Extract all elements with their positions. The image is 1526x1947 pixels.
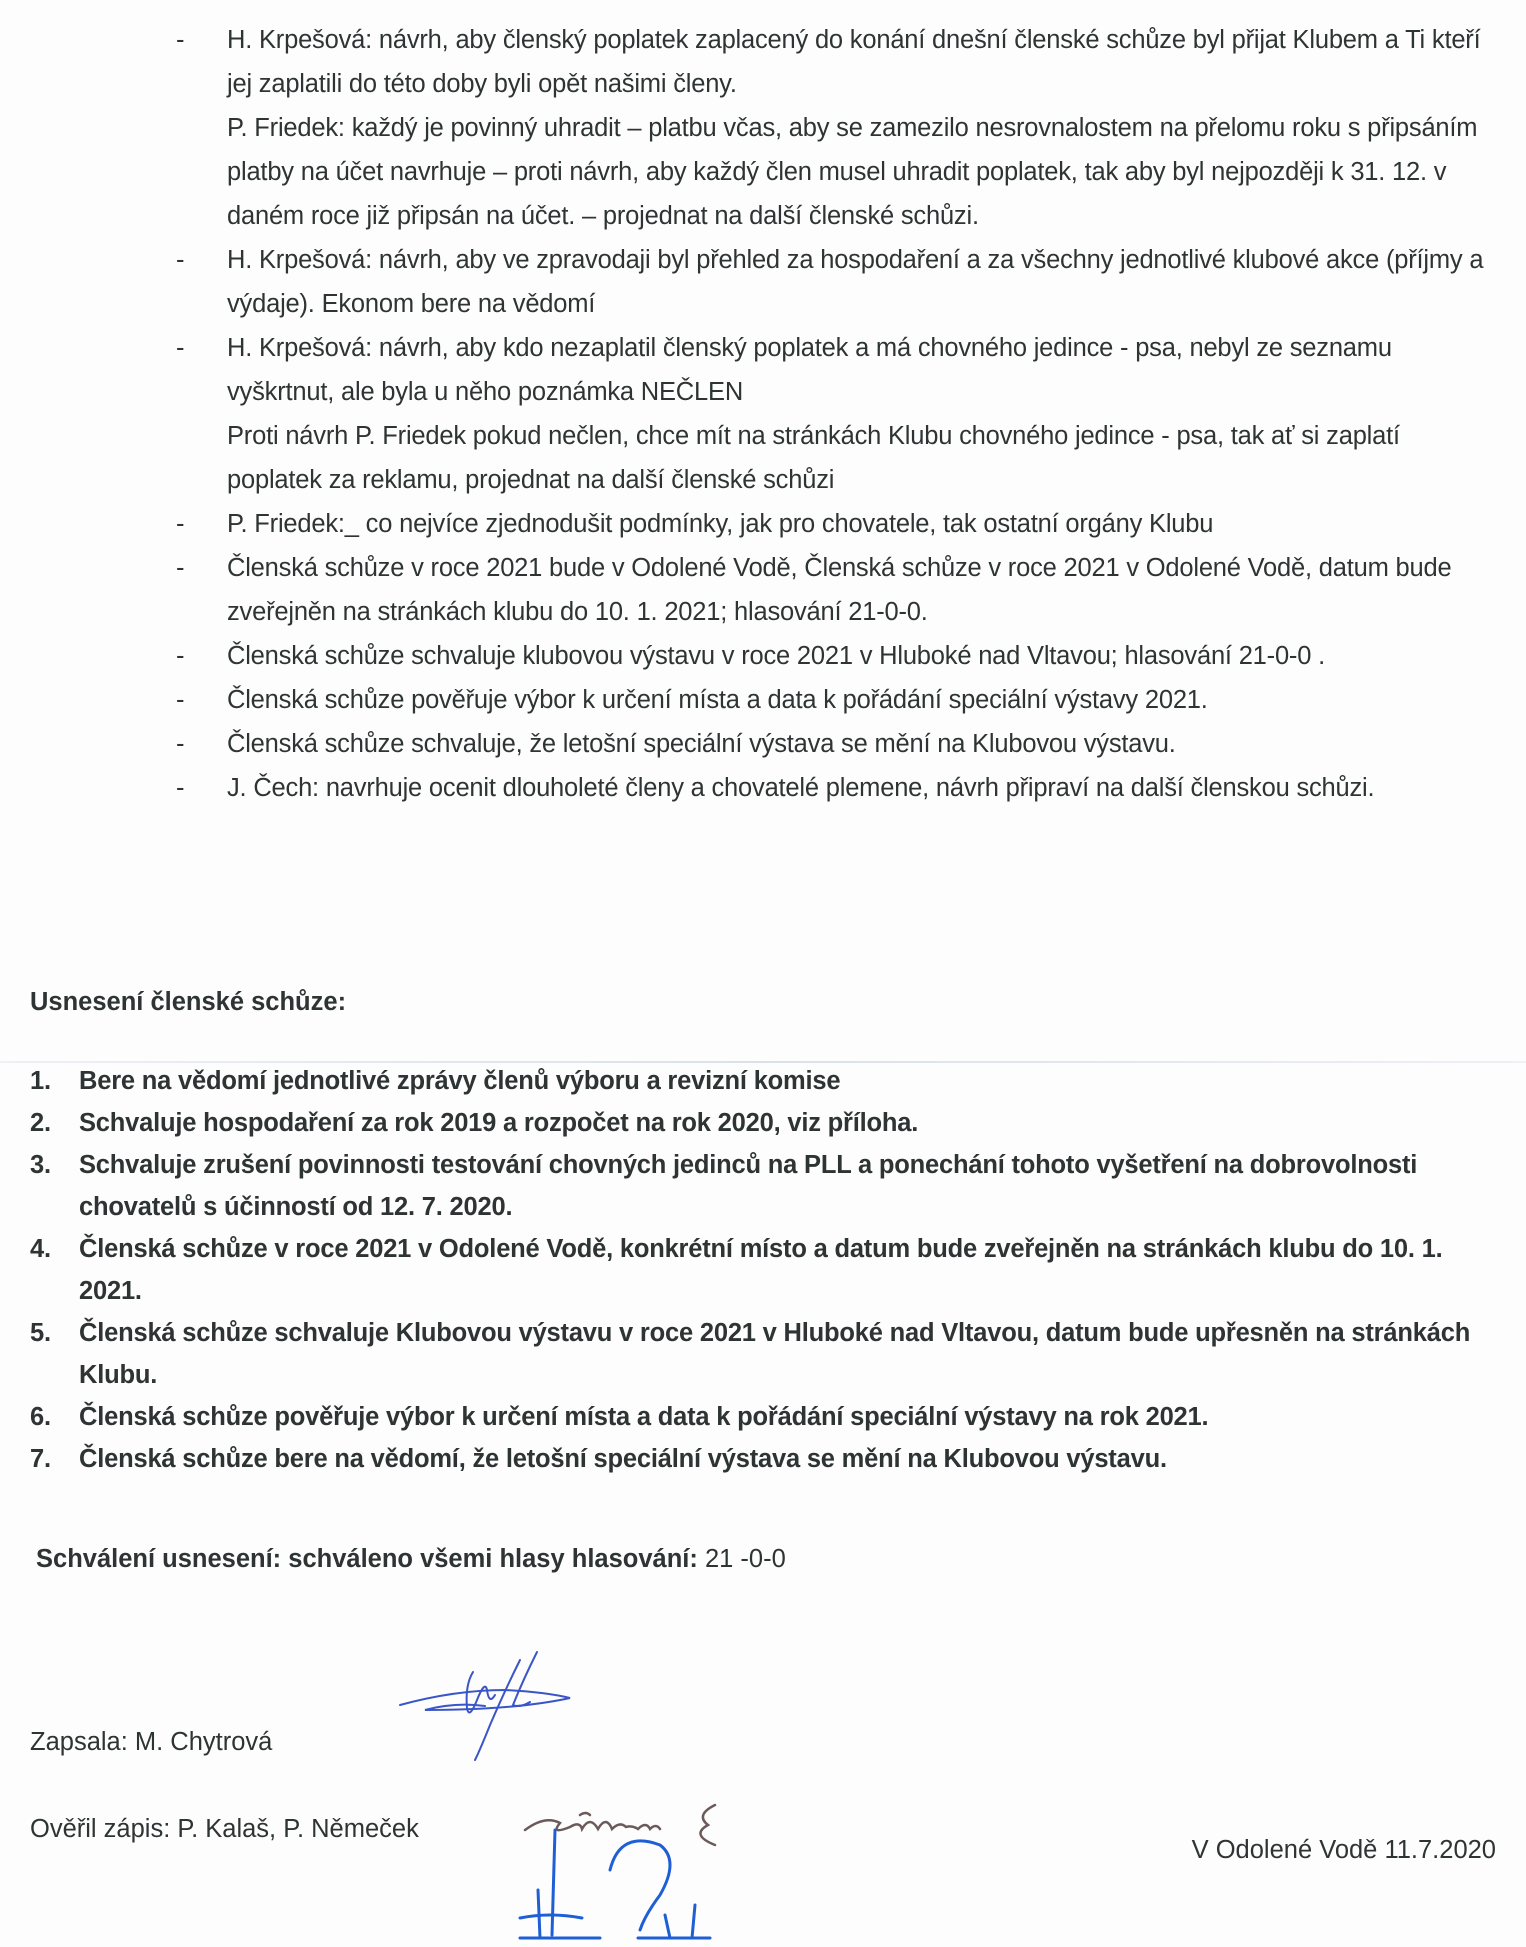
bullet-dash: - [176, 18, 196, 62]
discussion-item: -Členská schůze v roce 2021 bude v Odole… [0, 546, 1526, 634]
document-page: -H. Krpešová: návrh, aby členský poplate… [0, 0, 1526, 1947]
signature-verifier-2-icon [510, 1820, 760, 1947]
discussion-paragraph: P. Friedek:_ co nejvíce zjednodušit podm… [227, 502, 1496, 546]
bullet-dash: - [176, 238, 196, 282]
resolution-number: 5. [30, 1312, 51, 1354]
approval-line: Schválení usnesení: schváleno všemi hlas… [36, 1537, 786, 1581]
discussion-item: -H. Krpešová: návrh, aby ve zpravodaji b… [0, 238, 1526, 326]
discussion-paragraph: H. Krpešová: návrh, aby ve zpravodaji by… [227, 238, 1496, 326]
bullet-dash: - [176, 326, 196, 370]
discussion-paragraph: Proti návrh P. Friedek pokud nečlen, chc… [227, 414, 1496, 502]
discussion-paragraph: H. Krpešová: návrh, aby kdo nezaplatil č… [227, 326, 1496, 414]
discussion-paragraph: Členská schůze schvaluje, že letošní spe… [227, 722, 1496, 766]
resolution-item: 4.Členská schůze v roce 2021 v Odolené V… [0, 1228, 1526, 1312]
recorded-by: Zapsala: M. Chytrová [30, 1720, 272, 1764]
discussion-paragraph: Členská schůze v roce 2021 bude v Odolen… [227, 546, 1496, 634]
place-date: V Odolené Vodě 11.7.2020 [1192, 1828, 1496, 1872]
discussion-item: -P. Friedek:_ co nejvíce zjednodušit pod… [0, 502, 1526, 546]
discussion-item: -Členská schůze schvaluje klubovou výsta… [0, 634, 1526, 678]
resolution-item: 3.Schvaluje zrušení povinnosti testování… [0, 1144, 1526, 1228]
resolutions-title: Usnesení členské schůze: [30, 980, 346, 1024]
approval-label: Schválení usnesení: schváleno všemi hlas… [36, 1545, 698, 1573]
resolution-text: Členská schůze schvaluje Klubovou výstav… [79, 1319, 1470, 1389]
bullet-dash: - [176, 722, 196, 766]
discussion-item: -Členská schůze pověřuje výbor k určení … [0, 678, 1526, 722]
resolution-number: 7. [30, 1438, 51, 1480]
bullet-dash: - [176, 766, 196, 810]
discussion-paragraph: H. Krpešová: návrh, aby členský poplatek… [227, 18, 1496, 106]
resolution-item: 1.Bere na vědomí jednotlivé zprávy členů… [0, 1060, 1526, 1102]
resolution-item: 6.Členská schůze pověřuje výbor k určení… [0, 1396, 1526, 1438]
discussion-item: -J. Čech: navrhuje ocenit dlouholeté čle… [0, 766, 1526, 810]
resolution-number: 6. [30, 1396, 51, 1438]
resolution-item: 7.Členská schůze bere na vědomí, že leto… [0, 1438, 1526, 1480]
approval-vote: 21 -0-0 [698, 1545, 786, 1573]
resolution-number: 1. [30, 1060, 51, 1102]
bullet-dash: - [176, 678, 196, 722]
discussion-paragraph: Členská schůze pověřuje výbor k určení m… [227, 678, 1496, 722]
bullet-dash: - [176, 634, 196, 678]
discussion-item: -Členská schůze schvaluje, že letošní sp… [0, 722, 1526, 766]
discussion-paragraph: Členská schůze schvaluje klubovou výstav… [227, 634, 1496, 678]
resolution-text: Bere na vědomí jednotlivé zprávy členů v… [79, 1067, 840, 1095]
discussion-item: -H. Krpešová: návrh, aby kdo nezaplatil … [0, 326, 1526, 502]
resolution-number: 3. [30, 1144, 51, 1186]
resolution-text: Schvaluje zrušení povinnosti testování c… [79, 1151, 1417, 1221]
discussion-paragraph: P. Friedek: každý je povinný uhradit – p… [227, 106, 1496, 238]
resolution-item: 5.Členská schůze schvaluje Klubovou výst… [0, 1312, 1526, 1396]
signature-recorder-icon [395, 1650, 595, 1770]
resolution-number: 4. [30, 1228, 51, 1270]
resolution-item: 2.Schvaluje hospodaření za rok 2019 a ro… [0, 1102, 1526, 1144]
verified-by: Ověřil zápis: P. Kalaš, P. Němeček [30, 1807, 419, 1851]
resolution-number: 2. [30, 1102, 51, 1144]
bullet-dash: - [176, 546, 196, 590]
resolution-text: Členská schůze bere na vědomí, že letošn… [79, 1445, 1167, 1473]
resolution-text: Členská schůze v roce 2021 v Odolené Vod… [79, 1235, 1442, 1305]
discussion-item: -H. Krpešová: návrh, aby členský poplate… [0, 18, 1526, 238]
bullet-dash: - [176, 502, 196, 546]
resolutions-list: 1.Bere na vědomí jednotlivé zprávy členů… [0, 1060, 1526, 1480]
resolution-text: Schvaluje hospodaření za rok 2019 a rozp… [79, 1109, 918, 1137]
discussion-paragraph: J. Čech: navrhuje ocenit dlouholeté člen… [227, 766, 1496, 810]
discussion-list: -H. Krpešová: návrh, aby členský poplate… [0, 18, 1526, 810]
resolution-text: Členská schůze pověřuje výbor k určení m… [79, 1403, 1208, 1431]
